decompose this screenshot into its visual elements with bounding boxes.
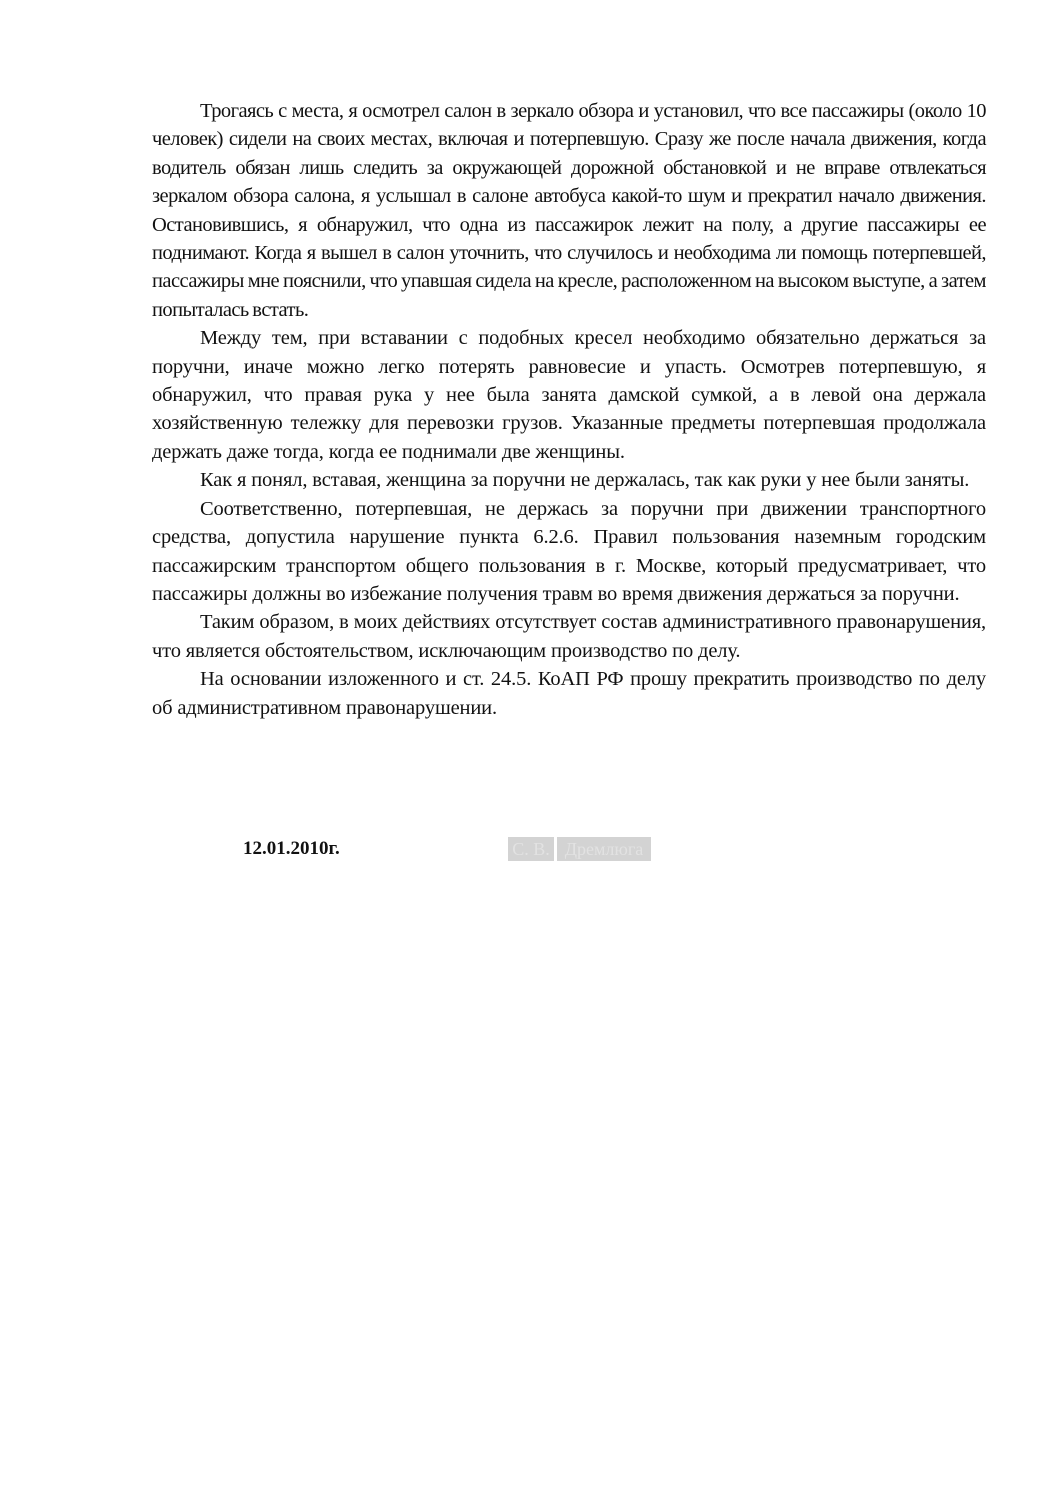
paragraph-incident-description: Трогаясь с места, я осмотрел салон в зер… bbox=[152, 97, 986, 324]
redacted-surname: Дремлюга bbox=[557, 837, 651, 861]
signature-block: 12.01.2010г. С. В. Дремлюга bbox=[243, 836, 654, 862]
document-body: Трогаясь с места, я осмотрел салон в зер… bbox=[152, 97, 986, 722]
redacted-initials: С. В. bbox=[508, 837, 554, 861]
paragraph-no-offense: Таким образом, в моих действиях отсутств… bbox=[152, 608, 986, 665]
paragraph-request: На основании изложенного и ст. 24.5. КоА… bbox=[152, 665, 986, 722]
paragraph-conclusion-hands-occupied: Как я понял, вставая, женщина за поручни… bbox=[152, 466, 986, 494]
paragraph-handrail-requirement: Между тем, при вставании с подобных крес… bbox=[152, 324, 986, 466]
document-date: 12.01.2010г. bbox=[243, 838, 508, 860]
paragraph-rule-violation: Соответственно, потерпевшая, не держась … bbox=[152, 495, 986, 609]
